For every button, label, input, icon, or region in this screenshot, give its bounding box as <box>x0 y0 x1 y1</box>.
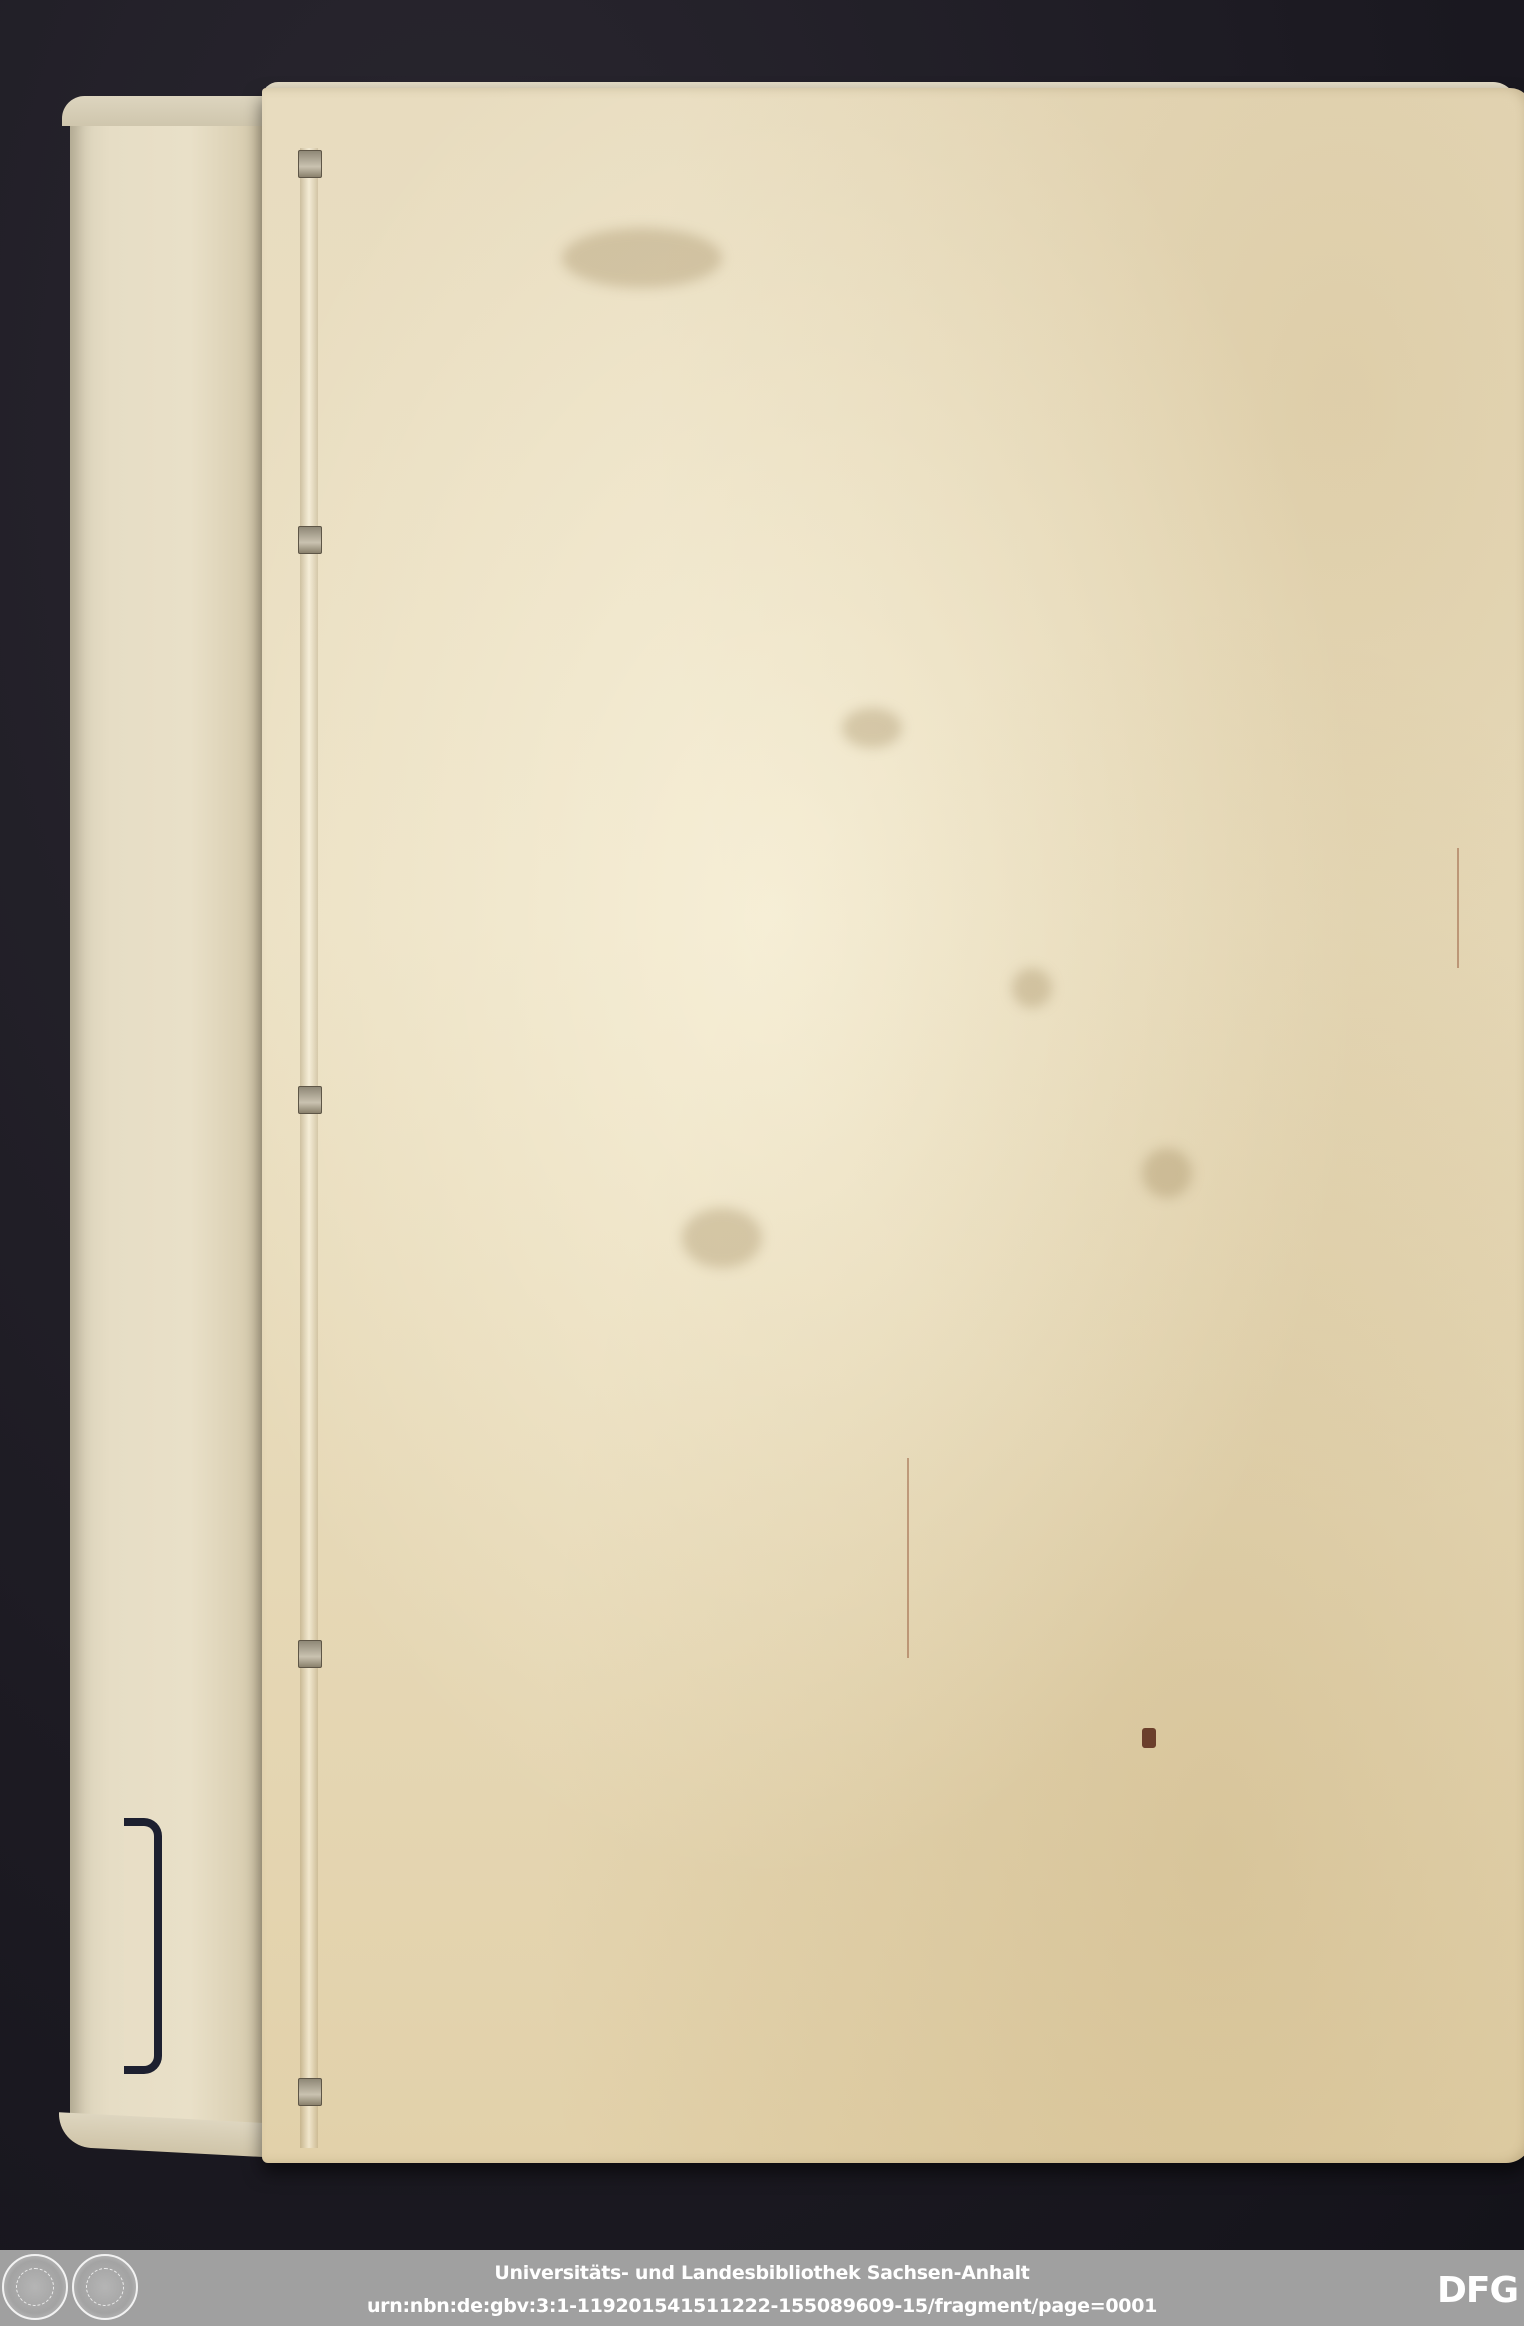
spine-band <box>298 1086 322 1114</box>
stain <box>842 708 902 748</box>
stain <box>562 228 722 288</box>
scratch <box>1457 848 1459 968</box>
spine-band <box>298 1640 322 1668</box>
spine-hinge <box>300 148 318 2148</box>
spine-band <box>298 526 322 554</box>
stain <box>1012 968 1052 1008</box>
spine-label <box>124 1818 162 2074</box>
dfg-logo: DFG <box>1437 2270 1518 2311</box>
cover-tear <box>1142 1728 1156 1748</box>
front-cover <box>262 88 1524 2163</box>
book <box>62 88 1470 2168</box>
institution-name: Universitäts- und Landesbibliothek Sachs… <box>0 2262 1524 2284</box>
spine-band <box>298 150 322 178</box>
scan-image <box>0 0 1524 2250</box>
spine-band <box>298 2078 322 2106</box>
book-spine <box>70 108 270 2148</box>
stain <box>682 1208 762 1268</box>
footer-bar: Universitäts- und Landesbibliothek Sachs… <box>0 2250 1524 2326</box>
stain <box>1142 1148 1192 1198</box>
scratch <box>907 1458 909 1658</box>
urn-identifier: urn:nbn:de:gbv:3:1-119201541511222-15508… <box>0 2295 1524 2317</box>
